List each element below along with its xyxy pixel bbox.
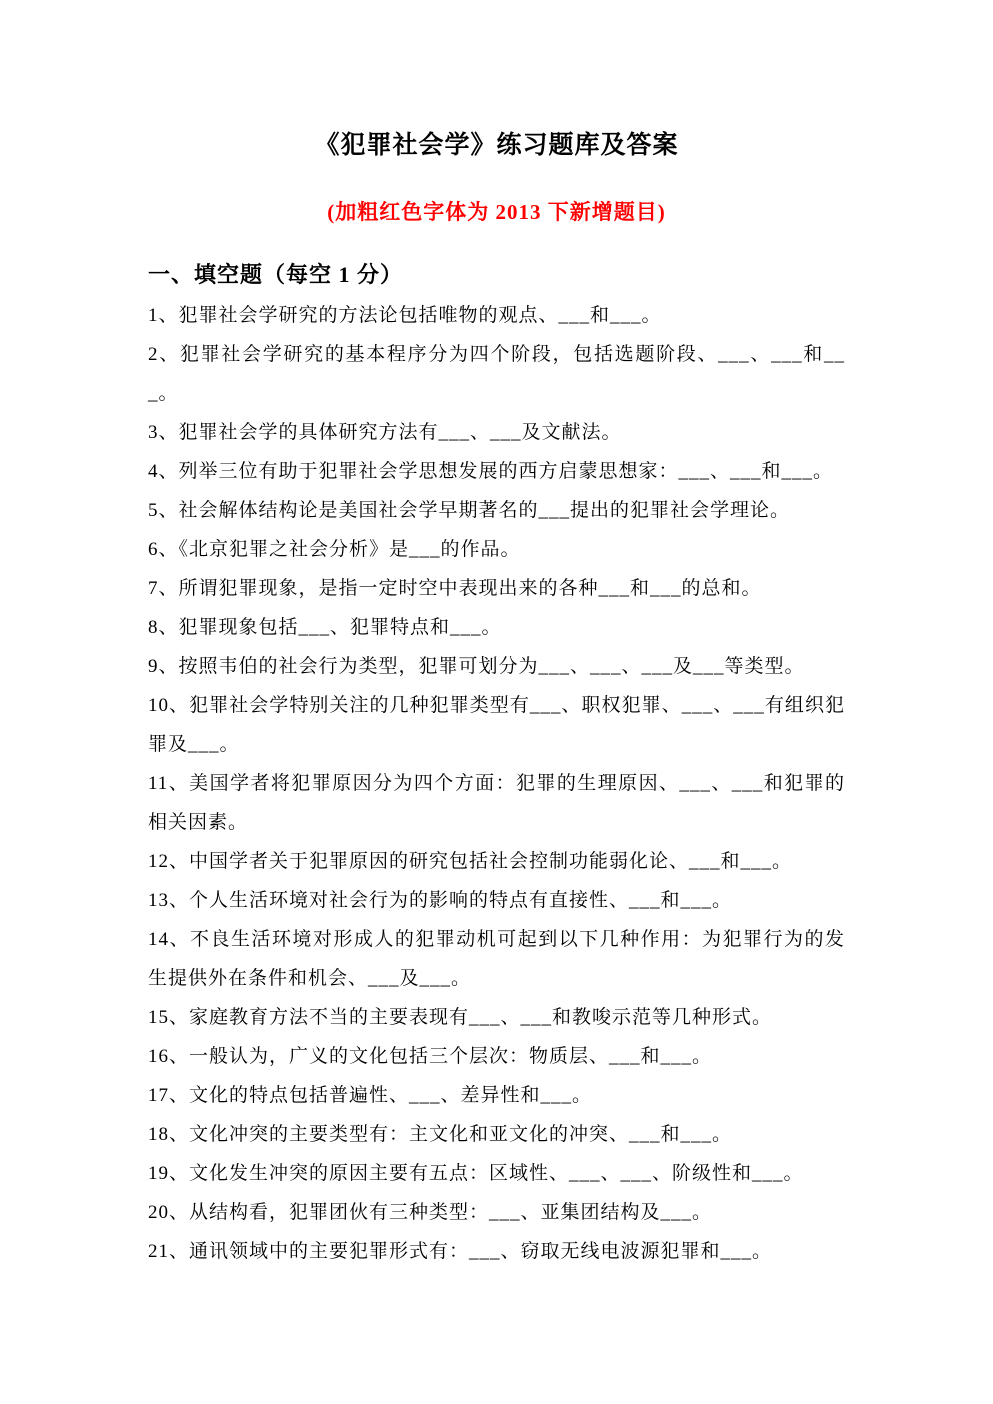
question-9: 9、按照韦伯的社会行为类型，犯罪可划分为___、___、___及___等类型。 — [148, 647, 845, 686]
question-12: 12、中国学者关于犯罪原因的研究包括社会控制功能弱化论、___和___。 — [148, 842, 845, 881]
question-4: 4、列举三位有助于犯罪社会学思想发展的西方启蒙思想家：___、___和___。 — [148, 452, 845, 491]
question-17: 17、文化的特点包括普遍性、___、差异性和___。 — [148, 1076, 845, 1115]
question-7: 7、所谓犯罪现象，是指一定时空中表现出来的各种___和___的总和。 — [148, 569, 845, 608]
question-2: 2、犯罪社会学研究的基本程序分为四个阶段，包括选题阶段、___、___和___。 — [148, 335, 845, 413]
question-14: 14、不良生活环境对形成人的犯罪动机可起到以下几种作用：为犯罪行为的发生提供外在… — [148, 920, 845, 998]
question-1: 1、犯罪社会学研究的方法论包括唯物的观点、___和___。 — [148, 296, 845, 335]
question-5: 5、社会解体结构论是美国社会学早期著名的___提出的犯罪社会学理论。 — [148, 491, 845, 530]
question-3: 3、犯罪社会学的具体研究方法有___、___及文献法。 — [148, 413, 845, 452]
section-heading-fill-in-blanks: 一、填空题（每空 1 分） — [148, 260, 845, 290]
document-page: 《犯罪社会学》练习题库及答案 (加粗红色字体为 2013 下新增题目) 一、填空… — [0, 0, 993, 1404]
question-20: 20、从结构看，犯罪团伙有三种类型：___、亚集团结构及___。 — [148, 1193, 845, 1232]
question-18: 18、文化冲突的主要类型有：主文化和亚文化的冲突、___和___。 — [148, 1115, 845, 1154]
document-title: 《犯罪社会学》练习题库及答案 — [148, 131, 845, 161]
question-list: 1、犯罪社会学研究的方法论包括唯物的观点、___和___。 2、犯罪社会学研究的… — [148, 296, 845, 1271]
document-subtitle: (加粗红色字体为 2013 下新增题目) — [148, 197, 845, 227]
question-6: 6、《北京犯罪之社会分析》是___的作品。 — [148, 530, 845, 569]
question-19: 19、文化发生冲突的原因主要有五点：区域性、___、___、阶级性和___。 — [148, 1154, 845, 1193]
question-21: 21、通讯领域中的主要犯罪形式有：___、窃取无线电波源犯罪和___。 — [148, 1232, 845, 1271]
question-16: 16、一般认为，广义的文化包括三个层次：物质层、___和___。 — [148, 1037, 845, 1076]
question-10: 10、犯罪社会学特别关注的几种犯罪类型有___、职权犯罪、___、___有组织犯… — [148, 686, 845, 764]
question-13: 13、个人生活环境对社会行为的影响的特点有直接性、___和___。 — [148, 881, 845, 920]
question-15: 15、家庭教育方法不当的主要表现有___、___和教唆示范等几种形式。 — [148, 998, 845, 1037]
question-11: 11、美国学者将犯罪原因分为四个方面：犯罪的生理原因、___、___和犯罪的相关… — [148, 764, 845, 842]
question-8: 8、犯罪现象包括___、犯罪特点和___。 — [148, 608, 845, 647]
